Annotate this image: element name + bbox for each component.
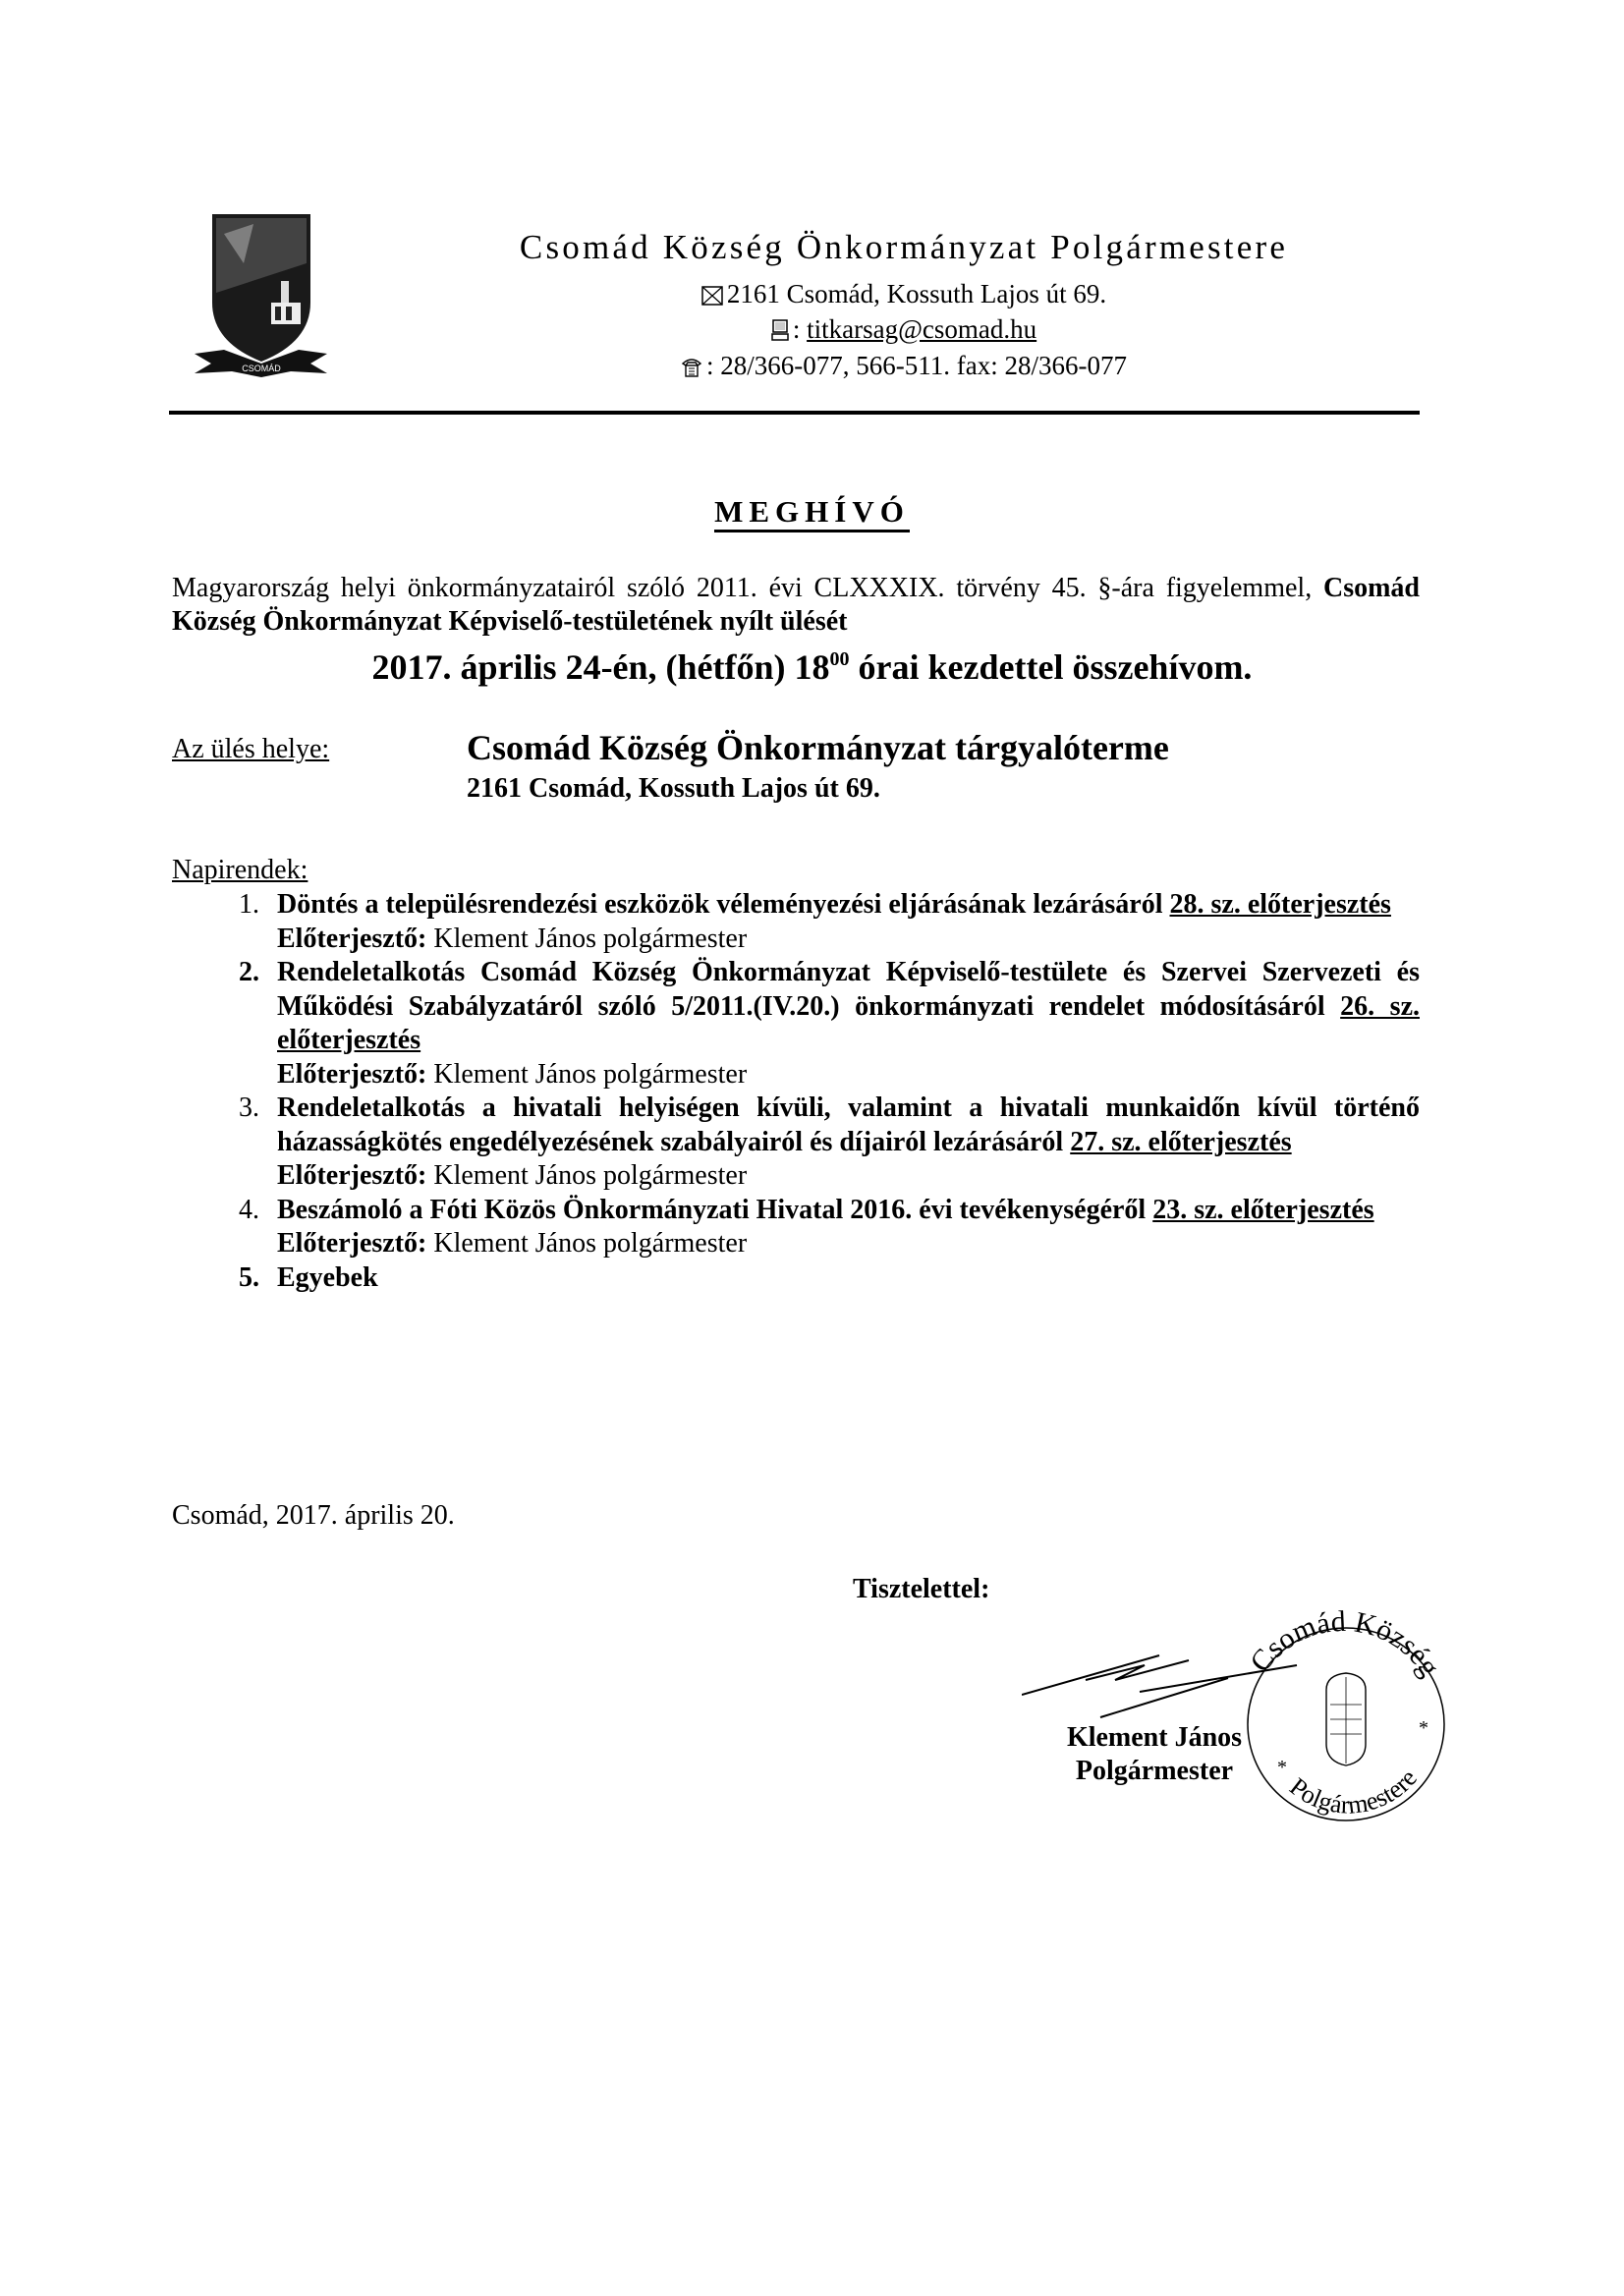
meeting-date-line: 2017. április 24-én, (hétfőn) 1800 órai … bbox=[0, 646, 1624, 688]
computer-icon bbox=[771, 317, 789, 348]
agenda-item: 5. Egyebek bbox=[172, 1261, 1420, 1296]
header-email: : titkarsag@csomad.hu bbox=[334, 314, 1474, 348]
header-address: 2161 Csomád, Kossuth Lajos út 69. bbox=[334, 279, 1474, 312]
reference-link: 27. sz. előterjesztés bbox=[1070, 1127, 1291, 1157]
place-label: Az ülés helye: bbox=[172, 734, 329, 765]
agenda-label: Napirendek: bbox=[172, 855, 308, 886]
svg-text:*: * bbox=[1277, 1757, 1287, 1778]
agenda-item: 2. Rendeletalkotás Csomád Község Önkormá… bbox=[172, 956, 1420, 1092]
closing-regards: Tisztelettel: bbox=[853, 1574, 989, 1605]
header-divider bbox=[169, 411, 1420, 415]
signer-title: Polgármester bbox=[1041, 1755, 1267, 1788]
agenda-item: 1. Döntés a településrendezési eszközök … bbox=[172, 888, 1420, 956]
intro-paragraph: Magyarország helyi önkormányzatairól szó… bbox=[172, 572, 1420, 639]
agenda-item: 3. Rendeletalkotás a hivatali helyiségen… bbox=[172, 1092, 1420, 1194]
email-link[interactable]: titkarsag@csomad.hu bbox=[807, 314, 1036, 344]
header-phone: : 28/366-077, 566-511. fax: 28/366-077 bbox=[334, 351, 1474, 384]
coat-of-arms-logo: CSOMÁD bbox=[195, 204, 327, 381]
document-title: MEGHÍVÓ bbox=[0, 494, 1624, 530]
svg-text:CSOMÁD: CSOMÁD bbox=[242, 364, 281, 373]
reference-link: 28. sz. előterjesztés bbox=[1170, 889, 1391, 920]
envelope-icon bbox=[701, 282, 723, 312]
place-and-date: Csomád, 2017. április 20. bbox=[172, 1500, 455, 1532]
place-name: Csomád Község Önkormányzat tárgyalóterme bbox=[467, 727, 1169, 768]
header-title: Csomád Község Önkormányzat Polgármestere bbox=[334, 228, 1474, 267]
agenda-list: 1. Döntés a településrendezési eszközök … bbox=[172, 888, 1420, 1295]
telephone-icon bbox=[681, 354, 702, 384]
reference-link: 23. sz. előterjesztés bbox=[1152, 1195, 1373, 1225]
signer-block: Klement János Polgármester bbox=[1041, 1721, 1267, 1788]
agenda-item: 4. Beszámoló a Fóti Közös Önkormányzati … bbox=[172, 1194, 1420, 1261]
svg-text:*: * bbox=[1419, 1717, 1428, 1739]
place-address: 2161 Csomád, Kossuth Lajos út 69. bbox=[467, 773, 880, 805]
signer-name: Klement János bbox=[1041, 1721, 1267, 1755]
